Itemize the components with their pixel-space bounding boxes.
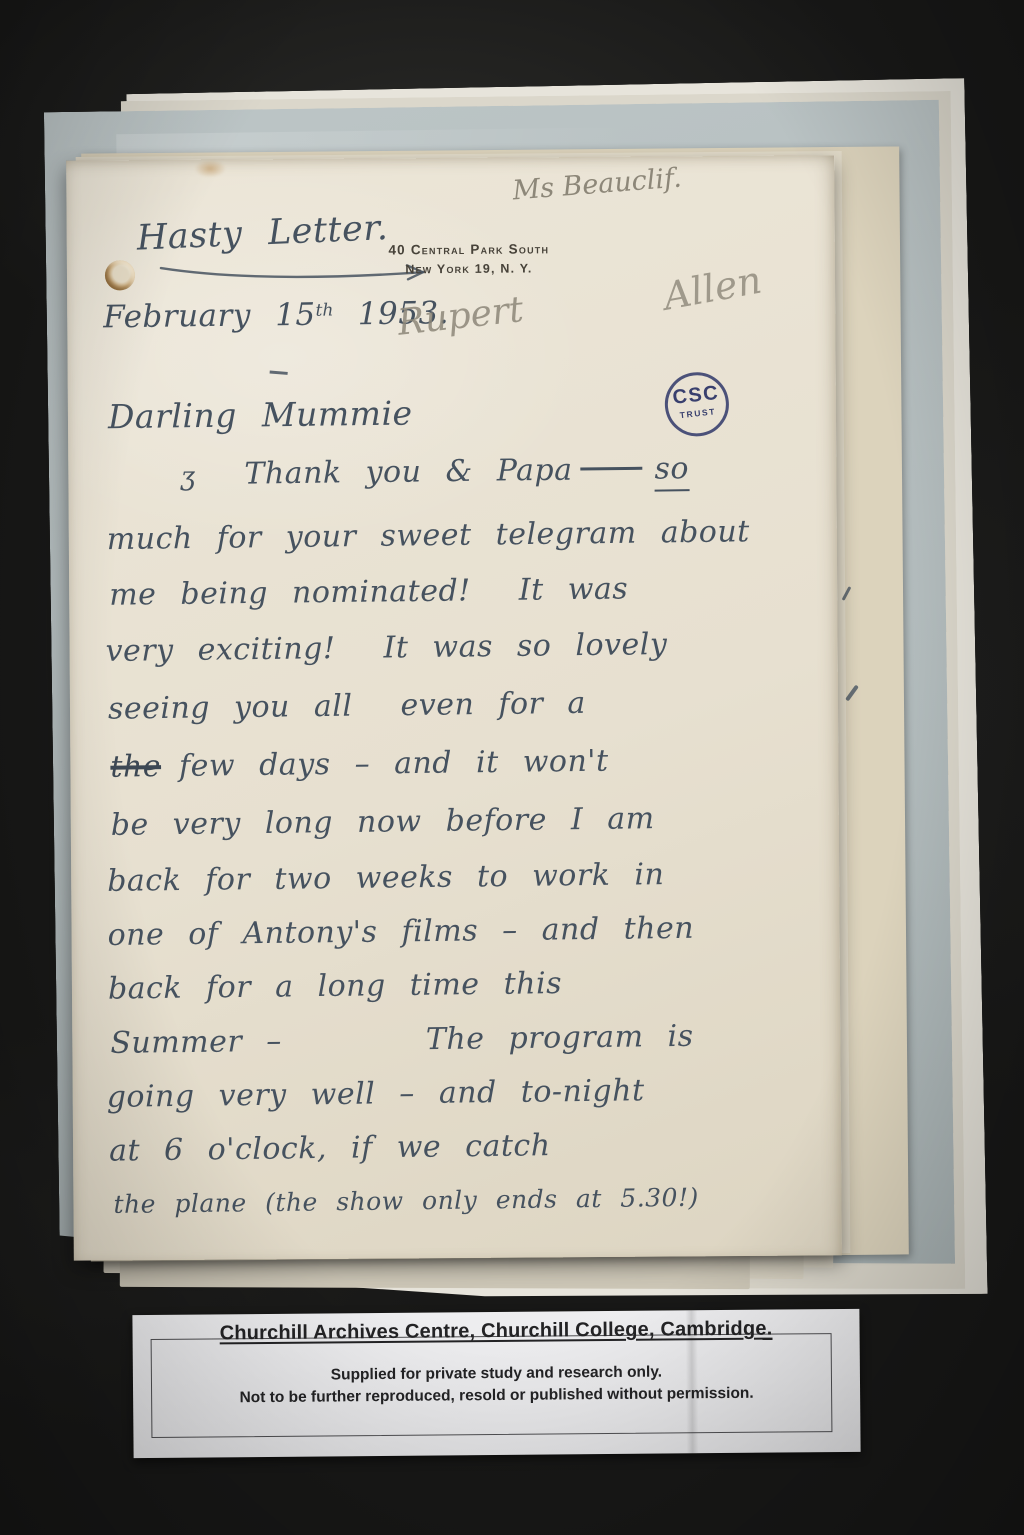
letter-line: Summer – The program is bbox=[110, 1019, 694, 1061]
letter-page: Ms Beauclif. Hasty Letter. 40 Central Pa… bbox=[66, 155, 842, 1260]
letterhead-address-line2: New York 19, N. Y. bbox=[329, 261, 609, 277]
punch-hole bbox=[105, 260, 135, 290]
letter-line-thanks: Thank you & Papaso bbox=[244, 451, 689, 491]
letter-line: going very well – and to-night bbox=[106, 1073, 644, 1115]
struck-word: the bbox=[110, 749, 161, 785]
letter-line: very exciting! It was so lovely bbox=[105, 627, 667, 669]
date-prefix: February 15 bbox=[103, 297, 316, 336]
archive-label-title: Churchill Archives Centre, Churchill Col… bbox=[132, 1317, 859, 1346]
thanks-text: Thank you & Papa bbox=[244, 453, 573, 492]
letter-line: back for a long time this bbox=[108, 966, 562, 1007]
archive-photo-scene: Ms Beauclif. Hasty Letter. 40 Central Pa… bbox=[0, 0, 1024, 1535]
archive-label-text: Churchill Archives Centre, Churchill Col… bbox=[132, 1317, 860, 1408]
pencil-annotation-last-name: Allen bbox=[660, 258, 765, 319]
paper-stain bbox=[194, 160, 226, 178]
crossout-dash bbox=[580, 467, 642, 471]
salutation: Darling Mummie bbox=[108, 393, 413, 436]
days-text: few days – and it won't bbox=[179, 744, 609, 784]
letter-line: the plane (the show only ends at 5.30!) bbox=[113, 1183, 699, 1219]
letter-line: one of Antony's films – and then bbox=[107, 911, 694, 953]
letter-line-days: thefew days – and it won't bbox=[110, 744, 609, 785]
pencil-annotation-recipient: Ms Beauclif. bbox=[511, 163, 682, 207]
letter-line: be very long now before I am bbox=[111, 801, 655, 843]
archive-label: Churchill Archives Centre, Churchill Col… bbox=[132, 1309, 860, 1458]
date-underline-dash bbox=[270, 370, 288, 374]
underlined-word: so bbox=[654, 451, 689, 491]
letter-line: back for two weeks to work in bbox=[107, 857, 665, 899]
letterhead: 40 Central Park South New York 19, N. Y. bbox=[329, 241, 609, 277]
date-ordinal: th bbox=[315, 301, 333, 321]
archive-label-line2: Supplied for private study and research … bbox=[133, 1362, 860, 1386]
insertion-mark: ʒ bbox=[180, 462, 196, 492]
csc-trust-stamp: CSC TRUST bbox=[662, 369, 733, 440]
letter-line: me being nominated! It was bbox=[109, 571, 628, 612]
letter-line: much for your sweet telegram about bbox=[107, 514, 750, 557]
letter-line: seeing you all even for a bbox=[108, 686, 586, 727]
letterhead-address-line1: 40 Central Park South bbox=[329, 241, 609, 258]
letter-line: at 6 o'clock, if we catch bbox=[109, 1128, 551, 1168]
